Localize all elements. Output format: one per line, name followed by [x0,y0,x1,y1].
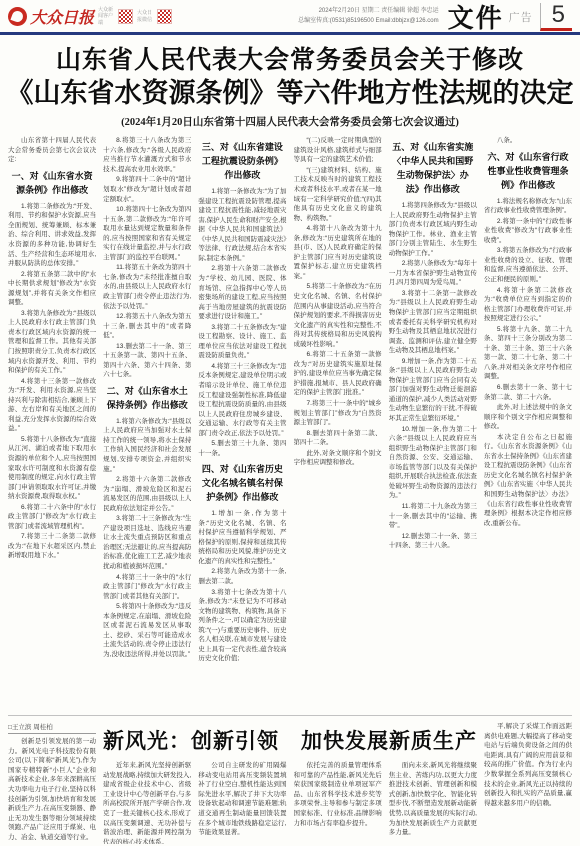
text-column: 8.将第三十八条改为第三十六条,修改为:“各级人民政府应当推行节水灌溉方式和节水… [103,136,191,710]
paragraph: 3.将第二十三条修改为:“生产建设项目选址、选线应当避让水土流失重点预防区和重点… [103,514,191,571]
paragraph: 3.将第九条修改为:“县级以上人民政府水行政主管部门负责本行政区域内水资源的统一… [8,309,96,376]
text-column: 平,解决了采煤工作面远距离供电难题,大幅提高了移动变电站与后端负荷设备之间的供电… [484,722,572,809]
text-column: 创新是引领发展的第一动力。新风光电子科技股份有限公司(以下简称“新风光”),作为… [8,737,96,843]
paragraph: 八条。 [484,136,572,146]
contact-line: 总编室传真:(0531)85196500 Email:dbbjzx@126.co… [298,17,439,27]
qr-label-wechat: 大众日报微信 [137,10,153,23]
paragraph: 面向未来,新风光将继续聚焦主业、苦练内功,以更大力度推进技术创新、管理创新和模式… [389,761,477,837]
paragraph: 12.删去第二十一条、第三十四条、第三十八条。 [389,532,477,551]
paragraph: 2.将第十六条第二款修改为:“崩塌、滑坡危险区和泥石流易发区的范围,由县级以上人… [103,475,191,513]
paragraph: “(三)建筑材料、结构、施工技术反映当时的建筑工程技术或者科技水平,或者在某一地… [294,166,382,223]
paragraph: 山东省第十四届人民代表大会常务委员会第七次会议决定: [8,136,96,165]
paragraph: 5.将第十八条修改为:“直接从江河、湖泊或者地下取用水资源的单位和个人,应当按照… [8,435,96,502]
page-number: 5 [552,1,565,28]
paragraph: 1.将第二条修改为:“开发、利用、节约和保护水资源,应当全面规划、统筹兼顾、标本… [8,202,96,269]
masthead-info: 2024年2月20日 星期二 责任编辑 徐超 李忠运 总编室传真:(0531)8… [298,7,439,26]
text-column: 八条。六、对《山东省行政性事业性收费管理条例》作出修改1.将法规名称修改为:“山… [484,136,572,710]
section-heading: 六、对《山东省行政性事业性收费管理条例》作出修改 [486,151,570,193]
paragraph: 2.将第八条修改为:“每年十一月为本省保护野生动物宣传月,四月第四周为爱鸟周。” [389,259,477,288]
paragraph: 近年来,新风光坚持创新驱动发展战略,持续加大研发投入,建成省级企业技术中心、省级… [103,761,191,844]
bottom-article: □王立滨 周桂柏 创新是引领发展的第一动力。新风光电子科技股份有限公司(以下简称… [0,716,580,844]
qr-label-news-app: 大众新闻客户端 [98,7,114,26]
paragraph: 5.删去第三十九条、第四十一条。 [198,439,286,458]
dazhong-logo-icon [8,7,27,26]
paragraph: 2.将第十六条第二款修改为:“学校、幼儿园、医院、体育场馆、应急指挥中心等人员密… [198,264,286,321]
byline: □王立滨 周桂柏 [8,722,96,734]
paragraph: 1.将第四条修改为:“县级以上人民政府野生动物保护主管部门负责本行政区域内野生动… [389,201,477,258]
paragraph: 2.将第五条第二款中的“水中长期供求规划”修改为“水资源规划”,并将有关条文作相… [8,270,96,308]
paragraph: 3.将第五条修改为:“行政事业性收费的设立、征收、管理和监督,应当遵循依法、公开… [484,246,572,284]
section-heading: 四、对《山东省历史文化名城名镇名村保护条例》作出修改 [200,463,284,505]
section-heading: 五、对《山东省实施〈中华人民共和国野生动物保护法〉办法》作出修改 [391,141,475,197]
paragraph: 11.将第五十条改为第四十七条,修改为:“未经批准擅自取水的,由县级以上人民政府… [103,263,191,311]
paragraph: 6.将第二十五条第一款修改为:“对历史建筑实施原址保护的,建设单位应当事先确定保… [294,350,382,398]
dazhong-daily-logo: 大众日报 [8,5,94,28]
headline-line1: 山东省人民代表大会常务委员会关于修改 [6,44,574,77]
paragraph: “(二)反映一定时期典型的建筑设计风格,建筑样式与细部等具有一定的建筑艺术价值; [294,136,382,165]
bottom-headline: 新风光：创新引领 加快发展新质生产力 [103,725,477,755]
paragraph: 6.删去第十一条、第十七条第二款、第二十六条。 [484,383,572,402]
paragraph: 13.删去第二十一条、第三十五条第一款、第四十五条、第四十六条、第六十四条、第六… [103,342,191,380]
paragraph: 1.将法规名称修改为:“山东省行政事业性收费管理条例”。 [484,197,572,216]
main-article: 山东省人民代表大会常务委员会关于修改 《山东省水资源条例》等六件地方性法规的决定… [0,44,580,710]
text-column: 山东省第十四届人民代表大会常务委员会第七次会议决定:一、对《山东省水资源条例》作… [8,136,96,710]
text-column: 五、对《山东省实施〈中华人民共和国野生动物保护法〉办法》作出修改1.将第四条修改… [389,136,477,710]
bottom-left-column: □王立滨 周桂柏 创新是引领发展的第一动力。新风光电子科技股份有限公司(以下简称… [8,722,96,844]
paragraph: 11.将第二十九条改为第三十一条,删去其中的“运输、携带”。 [389,502,477,531]
text-column: 公司自主研发的矿用隔爆移动变电站用高压变频装置填补了行业空白,整机性能达到国际先… [198,761,286,844]
section-heading: 二、对《山东省水土保持条例》作出修改 [105,385,189,413]
paper-name: 大众日报 [30,5,94,28]
headline-line2: 《山东省水资源条例》等六件地方性法规的决定 [6,77,574,111]
paragraph: 8.删去第四十条第二款、第四十二条。 [294,429,382,448]
paragraph: 3.将第十二条第一款修改为:“县级以上人民政府野生动物保护主管部门应当定期组织或… [389,289,477,356]
bottom-left-text: 创新是引领发展的第一动力。新风光电子科技股份有限公司(以下简称“新风光”),作为… [8,737,96,843]
bottom-center-columns: 近年来,新风光坚持创新驱动发展战略,持续加大研发投入,建成省级企业技术中心、省级… [103,761,477,844]
masthead: 大众日报 大众新闻客户端 大众日报微信 2024年2月20日 星期二 责任编辑 … [0,0,580,32]
paragraph: 3.将第十七条改为第十八条,修改为:“未登记为不可移动文物的建筑物、构筑物,具备… [198,588,286,664]
text-column: 面向未来,新风光将继续聚焦主业、苦练内功,以更大力度推进技术创新、管理创新和模式… [389,761,477,844]
text-column: 近年来,新风光坚持创新驱动发展战略,持续加大研发投入,建成省级企业技术中心、省级… [103,761,191,844]
article-columns: 山东省第十四届人民代表大会常务委员会第七次会议决定:一、对《山东省水资源条例》作… [0,136,580,710]
paragraph: 7.将第三十二条第二款修改为:“在地下水超采区内,禁止新增取用地下水。” [8,532,96,561]
masthead-right: 2024年2月20日 星期二 责任编辑 徐超 李忠运 总编室传真:(0531)8… [298,0,572,35]
paragraph: 10.增加一条,作为第二十六条:“县级以上人民政府应当组织野生动物保护主管部门和… [389,425,477,501]
paragraph: 2.将第一条中的“行政性事业性收费”修改为“行政事业性收费”。 [484,217,572,246]
page-number-box: 5 [540,3,572,31]
ad-label: 广告 [509,9,533,25]
paragraph: 5.将第十九条、第二十九条、第四十三条分别改为第二十条、第三十条、第三十六条第一… [484,325,572,382]
paragraph: 7.将第三十一条中的“城乡规划主管部门”修改为“自然资源主管部门”。 [294,399,382,428]
paragraph: 9.将第四十二条中的“超计划取水”修改为“超计划或者超定额取水”。 [103,175,191,204]
paragraph: 3.将第二十五条修改为:“建设工程勘察、设计、施工、监理单位应当依法对建设工程抗… [198,323,286,361]
paragraph: 公司自主研发的矿用隔爆移动变电站用高压变频装置填补了行业空白,整机性能达到国际先… [198,761,286,837]
qr-code-wechat-icon [157,9,172,24]
paragraph: 4.将第三十三条修改为:“违反本条例规定,建设单位明示或者暗示设计单位、施工单位… [198,362,286,438]
qr-code-news-app-icon [118,9,133,24]
paragraph: 6.将第二十六条中的“水行政主管部门”修改为“水行政主管部门或者流域管理机构”。 [8,503,96,532]
paragraph: 1.将第六条修改为:“县级以上人民政府应当加强对水土保持工作的统一领导,将水土保… [103,417,191,474]
paragraph: 9.增加一条,作为第二十五条:“县级以上人民政府野生动物保护主管部门应当会同有关… [389,357,477,424]
paragraph: 5.将第二十条修改为:“在历史文化名城、名镇、名村保护范围内从事建设活动,应当符… [294,282,382,349]
masthead-left: 大众日报 大众新闻客户端 大众日报微信 [8,5,172,28]
paragraph: 8.将第三十八条改为第三十六条,修改为:“各级人民政府应当推行节水灌溉方式和节水… [103,136,191,174]
newspaper-page: 大众日报 大众新闻客户端 大众日报微信 2024年2月20日 星期二 责任编辑 … [0,0,580,846]
paragraph: 此外,对条文顺序和个别文字作相应调整和修改。 [294,449,382,468]
paragraph: 1.增加一条,作为第十条:“历史文化名城、名镇、名村保护应当遵循科学规划、严格保… [198,509,286,566]
text-column: “(二)反映一定时期典型的建筑设计风格,建筑样式与细部等具有一定的建筑艺术价值;… [294,136,382,710]
date-line: 2024年2月20日 星期二 责任编辑 徐超 李忠运 [298,7,439,17]
paragraph: 1.将第一条修改为:“为了加强建设工程抗震设防管理,提高建设工程抗震性能,减轻地… [198,187,286,263]
paragraph: 4.将第三十一条中的“水行政主管部门”修改为“水行政主管部门或者其他有关部门”。 [103,573,191,602]
paragraph: 10.将第四十七条改为第四十五条,第二款修改为:“年许可取用水量达到规定数量和条… [103,205,191,262]
main-headline: 山东省人民代表大会常务委员会关于修改 《山东省水资源条例》等六件地方性法规的决定 [6,44,574,110]
paragraph: 12.将第五十八条改为第五十三条,删去其中的“或者降低”。 [103,312,191,341]
section-heading: 三、对《山东省建设工程抗震设防条例》作出修改 [200,141,284,183]
paragraph: 此外,对上述法规中的条文顺序和个别文字作相应调整和修改。 [484,403,572,432]
paragraph: 创新是引领发展的第一动力。新风光电子科技股份有限公司(以下简称“新风光”),作为… [8,737,96,842]
section-heading: 一、对《山东省水资源条例》作出修改 [10,170,94,198]
text-column: 依托完善的质量管理体系和可靠的产品性能,新风光先后荣获国家级制造业单项冠军产品、… [294,761,382,844]
paragraph: 5.将第四十条修改为:“违反本条例规定,在崩塌、滑坡危险区或者泥石流易发区从事取… [103,602,191,659]
paragraph: 4.将第十三条第一款修改为:“开发、利用水资源,应当坚持兴利与除害相结合,兼顾上… [8,377,96,434]
paragraph: 4.将第十条第二款修改为:“收费单位应当到指定的价格主管部门办理收费许可证,并按… [484,286,572,324]
paragraph: 本决定自公布之日起施行。《山东省水资源条例》《山东省水土保持条例》《山东省建设工… [484,433,572,528]
paragraph: 2.将第九条改为第十一条,删去第二款。 [198,567,286,586]
bottom-center: 新风光：创新引领 加快发展新质生产力 近年来,新风光坚持创新驱动发展战略,持续加… [103,722,477,844]
paragraph: 4.将第十八条改为第十九条,修改为:“历史建筑所在地的县(市、区)人民政府确定的… [294,224,382,281]
paragraph: 依托完善的质量管理体系和可靠的产品性能,新风光先后荣获国家级制造业单项冠军产品、… [294,761,382,828]
headline-subtitle: (2024年1月20日山东省第十四届人民代表大会常务委员会第七次会议通过) [0,114,580,129]
section-label: 文件 [448,0,504,35]
paragraph: 平,解决了采煤工作面远距离供电难题,大幅提高了移动变电站与后端负荷设备之间的供电… [484,722,572,808]
bottom-right-column: 平,解决了采煤工作面远距离供电难题,大幅提高了移动变电站与后端负荷设备之间的供电… [484,722,572,844]
text-column: 三、对《山东省建设工程抗震设防条例》作出修改1.将第一条修改为:“为了加强建设工… [198,136,286,710]
